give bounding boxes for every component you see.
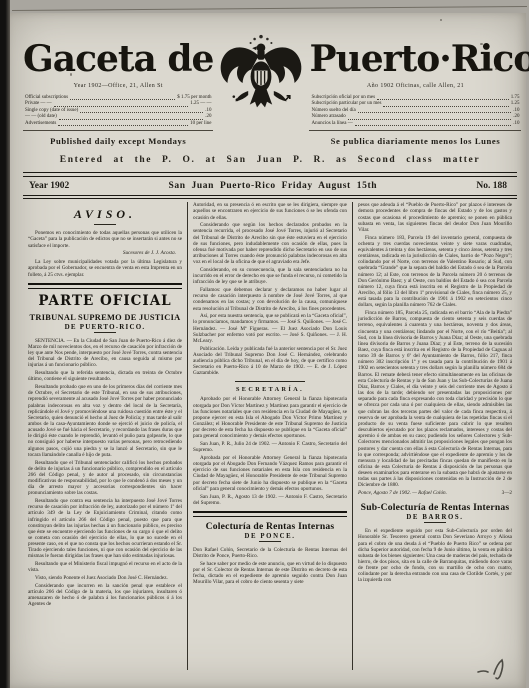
published-line-es: Se publica diariamente menos los Lunes xyxy=(309,136,521,146)
paragraph: Finca número 183, Parcela 19 del inventa… xyxy=(358,235,512,309)
signature-line: Sucesores de J. J. Acosta. xyxy=(28,250,176,256)
colecturia-heading: Colecturía de Rentas Internas xyxy=(193,521,347,532)
page-content: Gaceta de Year 1902—Office, 21, Allen St… xyxy=(23,19,517,670)
column-3: pesos que adeuda á el “Pueblo de Puerto-… xyxy=(352,202,517,670)
paragraph: pesos que adeuda á el “Pueblo de Puerto-… xyxy=(358,202,512,233)
rate-label: Advertisements xyxy=(25,121,56,127)
column-1: AVISO. Ponemos en conocimiento de todas … xyxy=(23,202,187,670)
rate-row: Anuncios la línea —.10 xyxy=(311,121,519,127)
sub-colecturia-subheading: DE BARROS. xyxy=(358,514,512,521)
colecturia-subheading: DE PONCE. xyxy=(193,533,347,540)
published-line-en: Published daily except Mondays xyxy=(23,136,213,146)
newspaper-scan: { "colors": { "paper": "#dbd8cf", "ink":… xyxy=(0,0,529,688)
dotted-leader xyxy=(54,102,189,107)
paragraph: La Ley sobre municipalidades votada por … xyxy=(28,259,182,277)
dotted-leader xyxy=(377,95,509,100)
dotted-leader xyxy=(358,108,511,113)
paragraph: Ponemos en conocimiento de todas aquella… xyxy=(28,230,182,248)
paragraph: San Juan, P. R., Julio 24 de 1902. — Ant… xyxy=(193,441,347,453)
paragraph: Don Rafael Colón, Secretario de la Colec… xyxy=(193,547,347,559)
dotted-leader xyxy=(58,121,188,126)
rate-row: Advertisements10 per line xyxy=(25,121,211,127)
section-separator xyxy=(235,381,305,382)
paragraph: Considerando que incurren en la sanción … xyxy=(28,583,182,608)
dotted-leader xyxy=(59,115,203,120)
paragraph: SENTENCIA. — En la Ciudad de San Juan de… xyxy=(28,338,182,369)
rate-label: Anuncios la línea — xyxy=(311,121,352,127)
paragraph: Resultando que contra esa sentencia ha i… xyxy=(28,498,182,560)
signature-line: Ponce, Agosto 7 de 1902. — Rafael Colón. xyxy=(358,490,447,496)
office-line-en: Year 1902—Office, 21, Allen St xyxy=(23,83,213,89)
office-line-es: Año 1902 Oficinas, calle Allen, 21 xyxy=(309,83,521,89)
book-binding-edge xyxy=(0,0,10,688)
dotted-leader xyxy=(383,102,508,107)
aviso-heading: AVISO. xyxy=(28,207,182,222)
paragraph: Aprobada por el Honorable Attorney Gener… xyxy=(193,455,347,492)
dotted-leader xyxy=(348,115,511,120)
dotted-leader xyxy=(70,95,175,100)
newspaper-page: Gaceta de Year 1902—Office, 21, Allen St… xyxy=(10,13,526,688)
paragraph: Resultando probado que en uno de los pri… xyxy=(28,384,182,458)
paragraph: En el expediente seguido por esta Sub-Co… xyxy=(358,528,512,583)
heading-rule xyxy=(424,522,446,523)
sub-colecturia-heading: Sub-Colecturía de Rentas Internas xyxy=(358,502,512,513)
dateline-issue-number: No. 188 xyxy=(476,181,507,191)
paragraph: Resultando que la referida sentencia, di… xyxy=(28,370,182,382)
paragraph: Resultando que el Ministerio fiscal impu… xyxy=(28,561,182,573)
masthead-right: Puerto·Rico Año 1902 Oficinas, calle All… xyxy=(309,19,521,146)
masthead-left: Gaceta de Year 1902—Office, 21, Allen St… xyxy=(23,19,213,146)
paragraph: Se hace saber por medio de este anuncio,… xyxy=(193,561,347,586)
rate-value: .10 xyxy=(513,121,519,127)
secretaria-heading: SECRETARÍA. xyxy=(193,386,347,393)
paragraph: Considerando, en su consecuencia, que la… xyxy=(193,267,347,285)
dotted-leader xyxy=(355,121,512,126)
heading-rule xyxy=(94,224,116,225)
paragraph: San Juan, P. R., Agosto 13 de 1902. — An… xyxy=(193,494,347,506)
paragraph: Finca número 185, Parcela 25, radicada e… xyxy=(358,310,512,489)
article-columns: AVISO. Ponemos en conocimiento de todas … xyxy=(23,202,517,670)
handwritten-ink-mark xyxy=(476,658,510,680)
paragraph: Autoridad, en su presencia ó en escrito … xyxy=(193,202,347,220)
dateline-year: Year 1902 xyxy=(29,181,69,191)
parte-oficial-heading: PARTE OFICIAL xyxy=(28,293,182,309)
dotted-leader xyxy=(80,108,203,113)
heading-rule xyxy=(259,541,281,542)
page-top-edge xyxy=(12,6,527,11)
rate-value: 10 per line xyxy=(190,121,211,127)
heading-rule xyxy=(94,332,116,333)
insertion-count: 3—2 xyxy=(502,490,512,496)
paragraph: Considerando que según los hechos declar… xyxy=(193,222,347,265)
eagle-crest-icon xyxy=(213,27,309,131)
dateline: Year 1902 San Juan Puerto-Rico Friday Au… xyxy=(23,177,517,195)
column-2: Autoridad, en su presencia ó en escrito … xyxy=(187,202,352,670)
paragraph: Aprobado por el Honorable Attorney Gener… xyxy=(193,396,347,439)
title-right: Puerto·Rico xyxy=(309,39,521,79)
signature-row: Ponce, Agosto 7 de 1902. — Rafael Colón.… xyxy=(358,490,512,496)
rates-en: Official subscriptions$ 1.75 per month P… xyxy=(23,94,213,131)
scan-speck xyxy=(495,68,497,70)
tribunal-heading: TRIBUNAL SUPREMO DE JUSTICIA xyxy=(28,313,182,322)
heavy-rule xyxy=(28,283,182,289)
scan-speck xyxy=(440,19,442,21)
entered-second-class-line: Entered at the P. O. at San Juan P. R. a… xyxy=(23,155,517,165)
dateline-place-date: San Juan Puerto-Rico Friday August 15th xyxy=(168,181,377,191)
tribunal-subheading: DE PUERTO-RICO. xyxy=(28,323,182,331)
paragraph: Así, por esta nuestra sentencia, que se … xyxy=(193,313,347,344)
masthead: Gaceta de Year 1902—Office, 21, Allen St… xyxy=(23,19,517,146)
heavy-rule xyxy=(193,511,347,517)
horizontal-rule xyxy=(23,195,517,200)
scan-speck xyxy=(480,43,483,45)
paragraph: Publicación. Leída y publicada fué la an… xyxy=(193,346,347,377)
paragraph: Resultando que el Tribunal sentenciador … xyxy=(28,460,182,497)
scan-speck xyxy=(70,73,72,76)
paragraph: Visto, siendo Ponente el Juez Asociado D… xyxy=(28,575,182,581)
title-left: Gaceta de xyxy=(23,39,213,79)
paragraph: Fallamos: que debemos declarar y declara… xyxy=(193,287,347,312)
rates-es: Subscripción oficial por un mes1.75 Subs… xyxy=(309,94,521,131)
